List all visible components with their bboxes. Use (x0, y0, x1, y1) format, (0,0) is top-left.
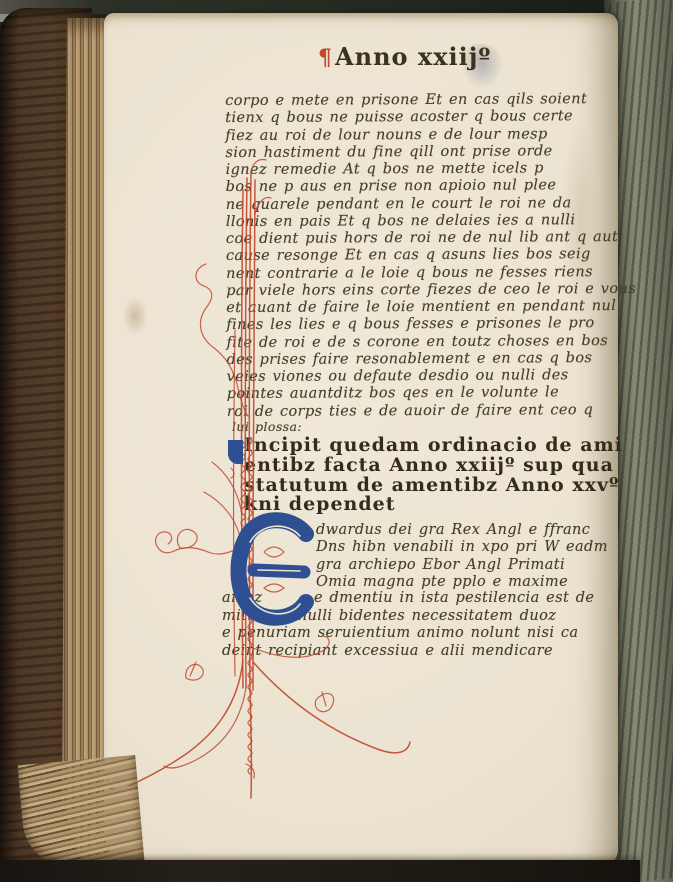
red-paraph-icon: ¶ (318, 45, 333, 71)
text-line: fiez au roi de lour nouns e de lour mesp (225, 125, 625, 144)
page-heading: ¶Anno xxiijº (318, 42, 491, 71)
text-line: et auant de faire le loie mentient en pe… (226, 298, 626, 317)
text-block-2-full: mitta nonnulli bidentes necessitatem duo… (222, 608, 626, 660)
line-rest: e dmentiu in ista pestilencia est de (314, 590, 594, 607)
text-line: ne quarele pendant en le court le roi ne… (226, 194, 626, 213)
text-line: gra archiepo Ebor Angl Primati (316, 557, 626, 574)
manuscript-photo: ¶Anno xxiijº corpo e mete en prisone Et … (0, 0, 673, 882)
text-line: Omia magna pte pplo e maxime (316, 574, 626, 591)
margin-word: amoz (222, 590, 262, 606)
text-line: mitta nonnulli bidentes necessitatem duo… (222, 608, 626, 625)
text-line: e penuriam seruientium animo nolunt nisi… (222, 625, 626, 642)
text-line: roi de corps ties e de auoir de faire en… (227, 401, 627, 420)
text-block-2-indented: dwardus dei gra Rex Angl e ffranc Dns hi… (316, 522, 626, 592)
text-line: des prises faire resonablement e en cas … (226, 350, 626, 369)
text-line: tienx q bous ne puisse acoster q bous ce… (225, 108, 625, 127)
text-block-1: corpo e mete en prisone Et en cas qils s… (225, 91, 627, 421)
text-line: ignez remedie At q bos ne mette icels p (226, 160, 626, 179)
text-line: bos ne p aus en prise non apioio nul ple… (226, 177, 626, 196)
bottom-page-edges (18, 755, 145, 871)
rubric-line: kni dependet (244, 495, 624, 515)
text-line: cause resonge Et en cas q asuns lies bos… (226, 246, 626, 265)
rubric-line: Incipit quedam ordinacio de ami (244, 436, 624, 456)
text-line: dwardus dei gra Rex Angl e ffranc (316, 522, 626, 539)
book-top-edge (0, 0, 673, 14)
rubric-line: entibz facta Anno xxiijº sup qua (244, 456, 624, 476)
stain (122, 296, 148, 336)
text-line: pointes auantditz bos qes en le volunte … (227, 384, 627, 403)
book-bottom-edge (0, 860, 640, 882)
text-line: sion hastiment du fine qill ont prise or… (225, 143, 625, 162)
text-line: amoz e dmentiu in ista pestilencia est d… (222, 590, 626, 607)
gloss-line: lui plossa: (232, 419, 302, 434)
text-line: veies viones ou defaute desdio ou nulli … (227, 367, 627, 386)
text-line: corpo e mete en prisone Et en cas qils s… (225, 91, 625, 110)
text-line: Dns hibn venabili in xpo pri W eadm (316, 539, 626, 556)
text-line: nent contrarie a le loie q bous ne fesse… (226, 263, 626, 282)
text-line: deint recipiant excessiua e alii mendica… (222, 643, 626, 660)
text-line: llonis en pais Et q bos ne delaies ies a… (226, 212, 626, 231)
text-line: fite de roi e de s corone en toutz chose… (226, 332, 626, 351)
rubric: ¶ Incipit quedam ordinacio de ami entibz… (244, 436, 624, 515)
heading-text: Anno xxiijº (335, 42, 491, 71)
text-line: coe dient puis hors de roi ne de nul lib… (226, 229, 626, 248)
text-line: par viele hors eins corte fiezes de ceo … (226, 281, 626, 300)
text-line: fines les lies e q bous fesses e prisone… (226, 315, 626, 334)
